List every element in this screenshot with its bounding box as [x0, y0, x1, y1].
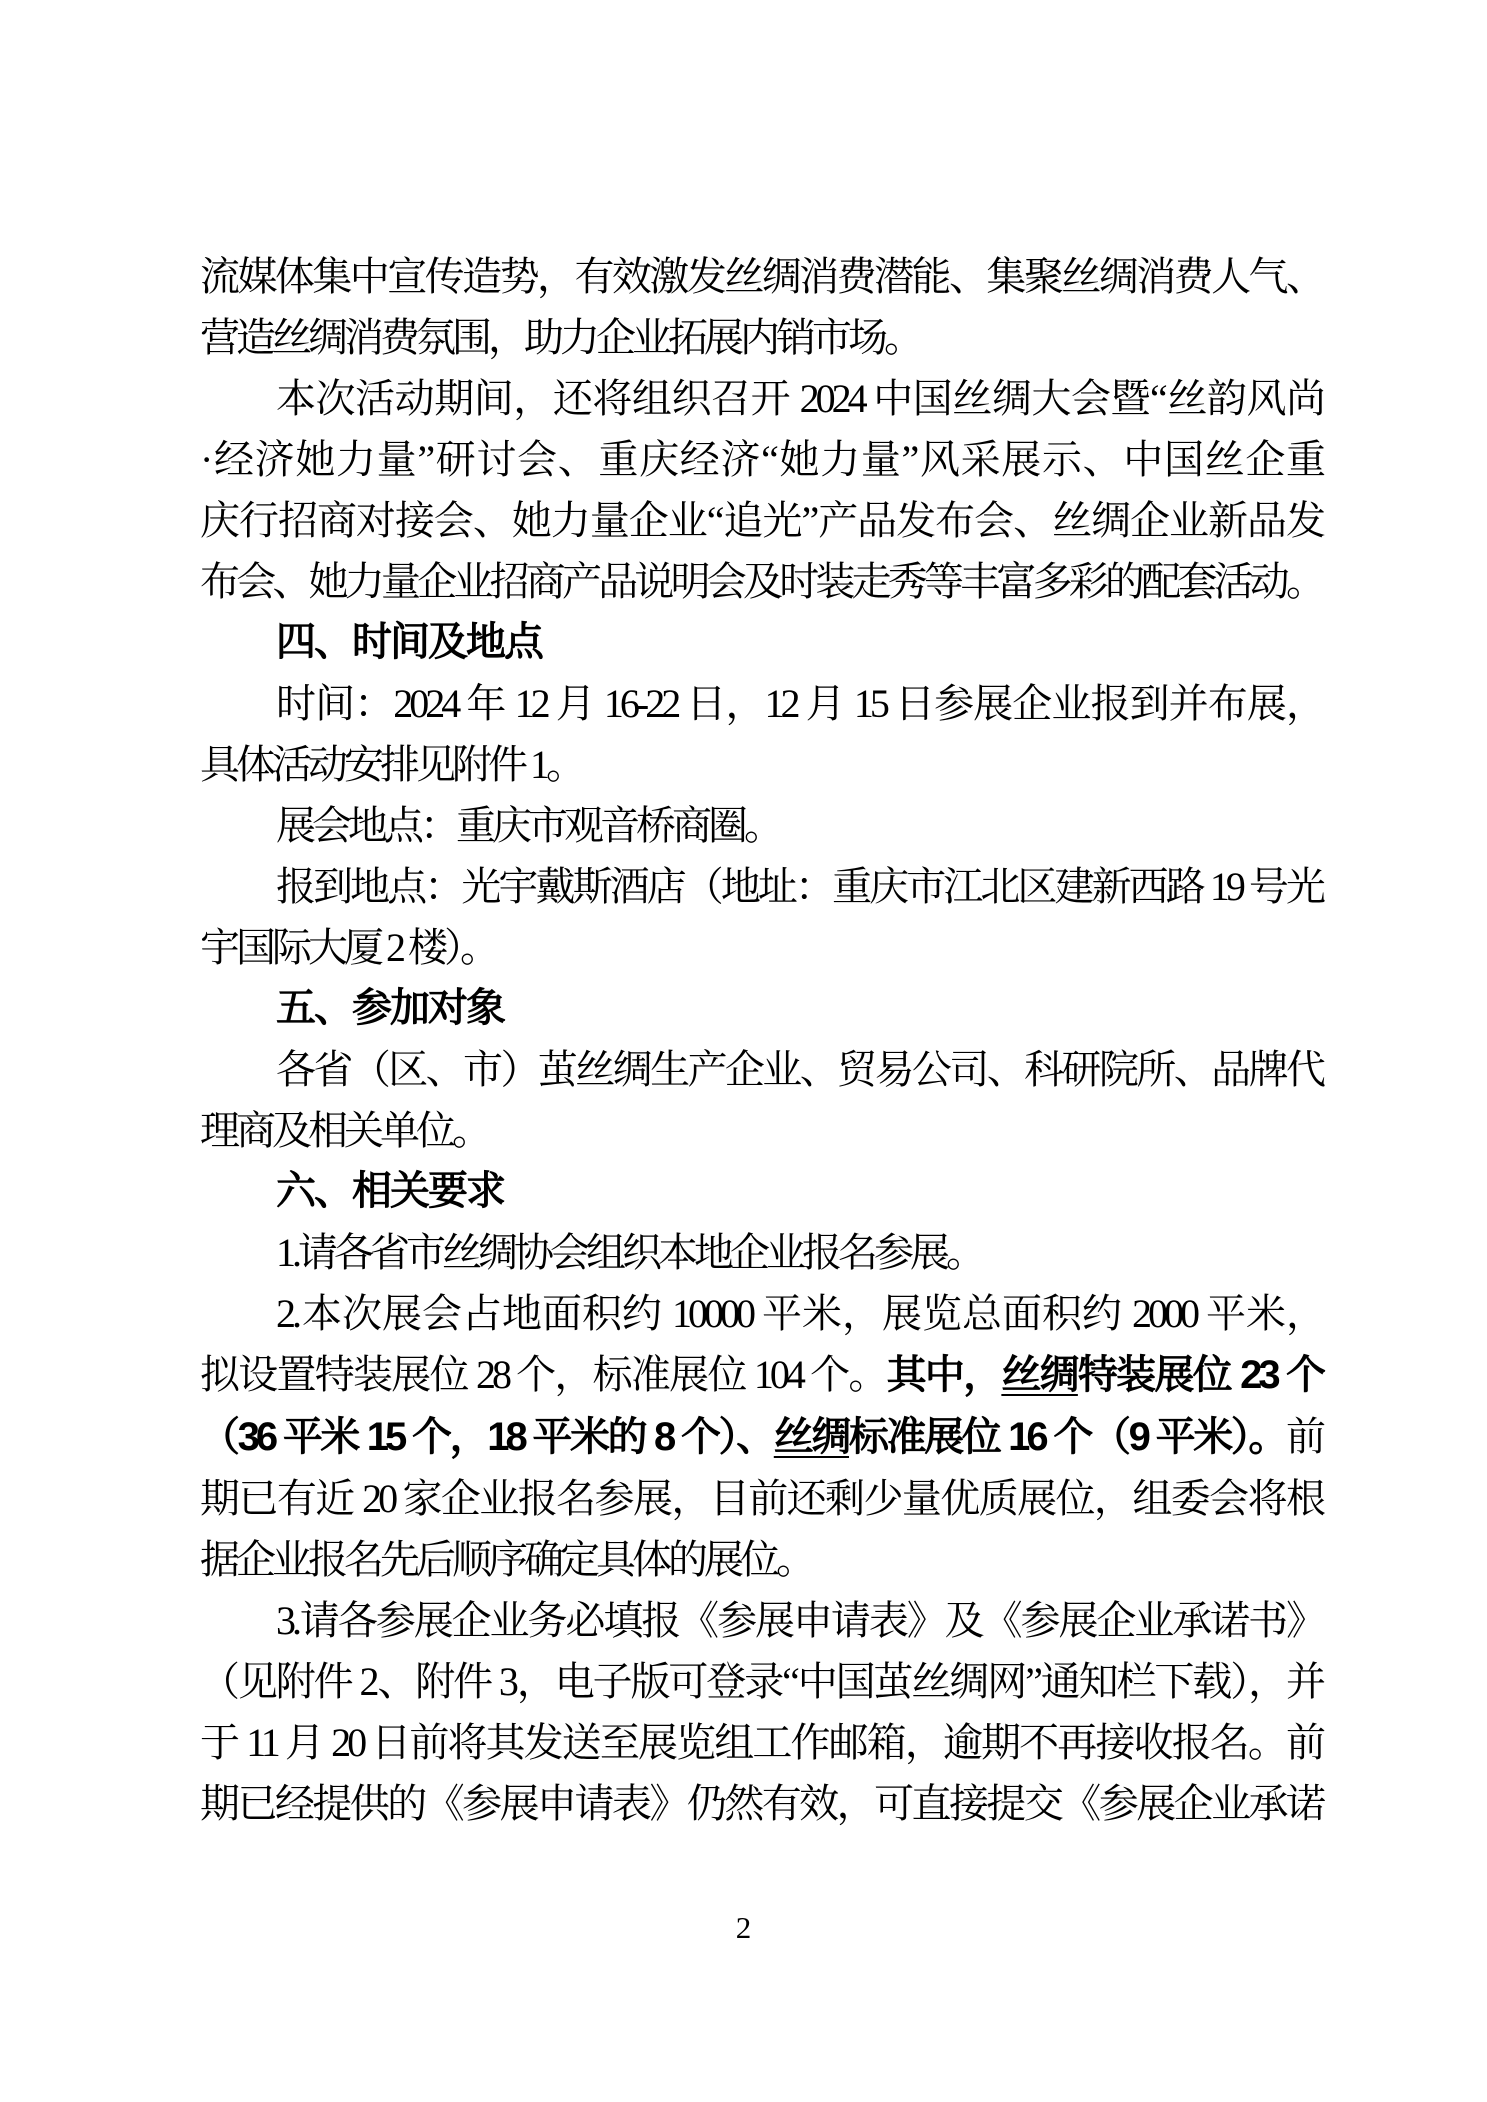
text-segment: 标准展位 16 个（9 平米）。	[849, 1415, 1286, 1459]
text-segment: 3.请各参展企业务必填报《参展申请表》及《参展企业承诺书》	[276, 1598, 1322, 1643]
text-segment: 据企业报名先后顺序确定具体的展位。	[200, 1537, 812, 1582]
text-segment: 1.请各省市丝绸协会组织本地企业报名参展。	[276, 1230, 982, 1275]
text-segment: 特装展位 23 个	[1078, 1353, 1322, 1397]
text-segment: 期已经提供的《参展申请表》仍然有效，可直接提交《参展企业承诺	[200, 1781, 1322, 1826]
text-line: 理商及相关单位。	[200, 1100, 1322, 1161]
text-line: 于 11 月 20 日前将其发送至展览组工作邮箱，逾期不再接收报名。前	[200, 1712, 1322, 1773]
text-segment: 具体活动安排见附件 1。	[200, 742, 582, 787]
text-line: 报到地点：光宇戴斯酒店（地址：重庆市江北区建新西路 19 号光	[200, 856, 1322, 917]
text-line: 期已有近 20 家企业报名参展，目前还剩少量优质展位，组委会将根	[200, 1468, 1322, 1529]
section-heading: 四、时间及地点	[200, 612, 1322, 673]
text-line: （见附件 2、附件 3，电子版可登录“中国茧丝绸网”通知栏下载），并	[200, 1651, 1322, 1712]
text-segment: 布会、她力量企业招商产品说明会及时装走秀等丰富多彩的配套活动。	[200, 559, 1322, 604]
text-line: ·经济她力量”研讨会、重庆经济“她力量”风采展示、中国丝企重	[200, 429, 1322, 490]
text-line: 时间：2024 年 12 月 16-22 日，12 月 15 日参展企业报到并布…	[200, 673, 1322, 734]
text-segment: 丝绸	[1001, 1353, 1078, 1397]
text-line: 布会、她力量企业招商产品说明会及时装走秀等丰富多彩的配套活动。	[200, 551, 1322, 612]
section-heading: 六、相关要求	[200, 1161, 1322, 1222]
text-segment: （见附件 2、附件 3，电子版可登录“中国茧丝绸网”通知栏下载），并	[200, 1659, 1322, 1704]
page: 流媒体集中宣传造势，有效激发丝绸消费潜能、集聚丝绸消费人气、营造丝绸消费氛围，助…	[0, 0, 1487, 2102]
text-line: 营造丝绸消费氛围，助力企业拓展内销市场。	[200, 307, 1322, 368]
page-number: 2	[0, 1908, 1487, 1948]
text-segment: 庆行招商对接会、她力量企业“追光”产品发布会、丝绸企业新品发	[200, 498, 1322, 543]
text-segment: ·经济她力量”研讨会、重庆经济“她力量”风采展示、中国丝企重	[200, 437, 1322, 482]
text-segment: 期已有近 20 家企业报名参展，目前还剩少量优质展位，组委会将根	[200, 1476, 1322, 1521]
text-segment: 丝绸	[774, 1415, 849, 1459]
text-line: 宇国际大厦 2 楼）。	[200, 917, 1322, 978]
text-segment: 前	[1286, 1414, 1322, 1459]
text-segment: 本次活动期间，还将组织召开 2024 中国丝绸大会暨“丝韵风尚	[276, 376, 1322, 421]
text-line: 3.请各参展企业务必填报《参展申请表》及《参展企业承诺书》	[200, 1590, 1322, 1651]
text-line: 具体活动安排见附件 1。	[200, 734, 1322, 795]
text-line: 本次活动期间，还将组织召开 2024 中国丝绸大会暨“丝韵风尚	[200, 368, 1322, 429]
text-segment: 四、时间及地点	[276, 620, 542, 664]
text-segment: （36 平米 15 个，18 平米的 8 个）、	[200, 1415, 774, 1459]
text-segment: 于 11 月 20 日前将其发送至展览组工作邮箱，逾期不再接收报名。前	[200, 1720, 1322, 1765]
text-line: （36 平米 15 个，18 平米的 8 个）、丝绸标准展位 16 个（9 平米…	[200, 1406, 1322, 1468]
text-line: 2.本次展会占地面积约 10000 平米，展览总面积约 2000 平米，	[200, 1283, 1322, 1344]
text-line: 庆行招商对接会、她力量企业“追光”产品发布会、丝绸企业新品发	[200, 490, 1322, 551]
text-segment: 其中，	[887, 1353, 1002, 1397]
text-segment: 各省（区、市）茧丝绸生产企业、贸易公司、科研院所、品牌代	[276, 1047, 1322, 1092]
text-segment: 时间：2024 年 12 月 16-22 日，12 月 15 日参展企业报到并布…	[276, 681, 1322, 726]
text-line: 1.请各省市丝绸协会组织本地企业报名参展。	[200, 1222, 1322, 1283]
text-segment: 展会地点：重庆市观音桥商圈。	[276, 803, 780, 848]
section-heading: 五、参加对象	[200, 978, 1322, 1039]
text-line: 拟设置特装展位 28 个，标准展位 104 个。其中，丝绸特装展位 23 个	[200, 1344, 1322, 1406]
document-body: 流媒体集中宣传造势，有效激发丝绸消费潜能、集聚丝绸消费人气、营造丝绸消费氛围，助…	[200, 246, 1322, 1834]
text-segment: 六、相关要求	[276, 1169, 504, 1213]
text-segment: 2.本次展会占地面积约 10000 平米，展览总面积约 2000 平米，	[276, 1291, 1322, 1336]
text-line: 各省（区、市）茧丝绸生产企业、贸易公司、科研院所、品牌代	[200, 1039, 1322, 1100]
text-segment: 五、参加对象	[276, 986, 504, 1030]
text-segment: 宇国际大厦 2 楼）。	[200, 925, 496, 970]
text-line: 期已经提供的《参展申请表》仍然有效，可直接提交《参展企业承诺	[200, 1773, 1322, 1834]
text-segment: 报到地点：光宇戴斯酒店（地址：重庆市江北区建新西路 19 号光	[276, 864, 1322, 909]
text-line: 据企业报名先后顺序确定具体的展位。	[200, 1529, 1322, 1590]
text-segment: 营造丝绸消费氛围，助力企业拓展内销市场。	[200, 315, 920, 360]
text-line: 展会地点：重庆市观音桥商圈。	[200, 795, 1322, 856]
text-line: 流媒体集中宣传造势，有效激发丝绸消费潜能、集聚丝绸消费人气、	[200, 246, 1322, 307]
text-segment: 理商及相关单位。	[200, 1108, 488, 1153]
text-segment: 流媒体集中宣传造势，有效激发丝绸消费潜能、集聚丝绸消费人气、	[200, 254, 1322, 299]
text-segment: 拟设置特装展位 28 个，标准展位 104 个。	[200, 1352, 887, 1397]
